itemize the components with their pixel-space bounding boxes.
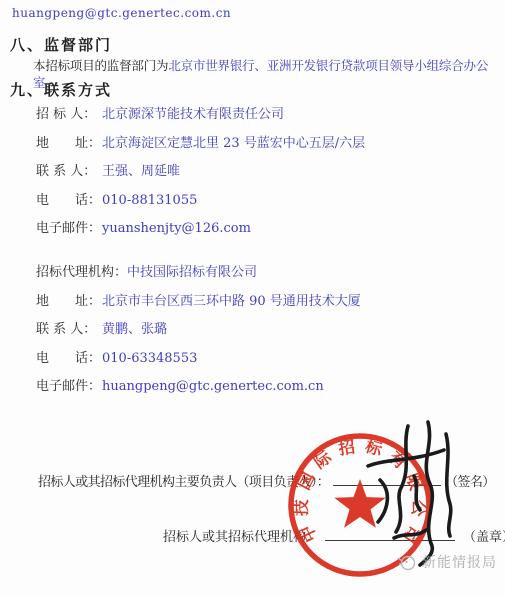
document-page: huangpeng@gtc.genertec.com.cn 八、监督部门 本招标… <box>0 0 505 595</box>
section-heading-contact: 九、联系方式 <box>10 79 112 100</box>
tenderer-contact-block: 招 标 人： 北京源深节能技术有限责任公司 地 址： 北京海淀区定慧北里 23 … <box>36 103 365 246</box>
watermark-text: 新能情报局 <box>422 552 497 572</box>
agency-row-contact-person: 联 系 人： 黄鹏、张璐 <box>36 318 361 334</box>
field-label: 电子邮件： <box>36 217 102 236</box>
signature-scribble <box>368 422 451 565</box>
field-value: 黄鹏、张璐 <box>102 318 167 337</box>
tenderer-row-email: 电子邮件： yuanshenjty@126.com <box>36 217 365 233</box>
watermark-logo-icon <box>396 552 418 572</box>
tenderer-row-phone: 电 话： 010-88131055 <box>36 189 365 205</box>
field-value: huangpeng@gtc.genertec.com.cn <box>102 379 324 394</box>
field-value: 北京市丰台区西三环中路 90 号通用技术大厦 <box>102 290 361 309</box>
field-value: 北京海淀区定慧北里 23 号蓝宏中心五层/六层 <box>102 132 365 151</box>
section-heading-supervision: 八、监督部门 <box>10 34 112 55</box>
handwritten-signature <box>350 418 468 570</box>
agency-contact-block: 招标代理机构： 中技国际招标有限公司 地 址： 北京市丰台区西三环中路 90 号… <box>36 261 361 404</box>
tenderer-row-contact-person: 联 系 人： 王强、周延唯 <box>36 160 365 176</box>
field-label: 招 标 人： <box>36 103 102 122</box>
agency-row-name: 招标代理机构： 中技国际招标有限公司 <box>36 261 361 277</box>
field-label: 地 址： <box>36 290 102 309</box>
field-label: 电子邮件： <box>36 375 102 394</box>
field-label: 电 话： <box>36 189 102 208</box>
agency-row-email: 电子邮件： huangpeng@gtc.genertec.com.cn <box>36 375 361 391</box>
field-label: 联 系 人： <box>36 318 102 337</box>
tenderer-row-address: 地 址： 北京海淀区定慧北里 23 号蓝宏中心五层/六层 <box>36 132 365 148</box>
tenderer-row-name: 招 标 人： 北京源深节能技术有限责任公司 <box>36 103 365 119</box>
field-value: 010-88131055 <box>102 193 197 208</box>
agency-row-address: 地 址： 北京市丰台区西三环中路 90 号通用技术大厦 <box>36 290 361 306</box>
watermark: 新能情报局 <box>396 552 497 572</box>
field-value: 010-63348553 <box>102 351 197 366</box>
field-value: 中技国际招标有限公司 <box>127 261 257 280</box>
page-top-email: huangpeng@gtc.genertec.com.cn <box>12 6 231 20</box>
field-label: 电 话： <box>36 347 102 366</box>
field-value: 北京源深节能技术有限责任公司 <box>102 103 284 122</box>
field-value: yuanshenjty@126.com <box>102 221 251 236</box>
field-label: 地 址： <box>36 132 102 151</box>
field-label: 联 系 人： <box>36 160 102 179</box>
supervision-text-prefix: 本招标项目的监督部门为 <box>33 58 168 73</box>
field-value: 王强、周延唯 <box>102 160 180 179</box>
field-label: 招标代理机构： <box>36 261 127 280</box>
agency-row-phone: 电 话： 010-63348553 <box>36 347 361 363</box>
signature-line-suffix: （盖章） <box>463 526 505 545</box>
